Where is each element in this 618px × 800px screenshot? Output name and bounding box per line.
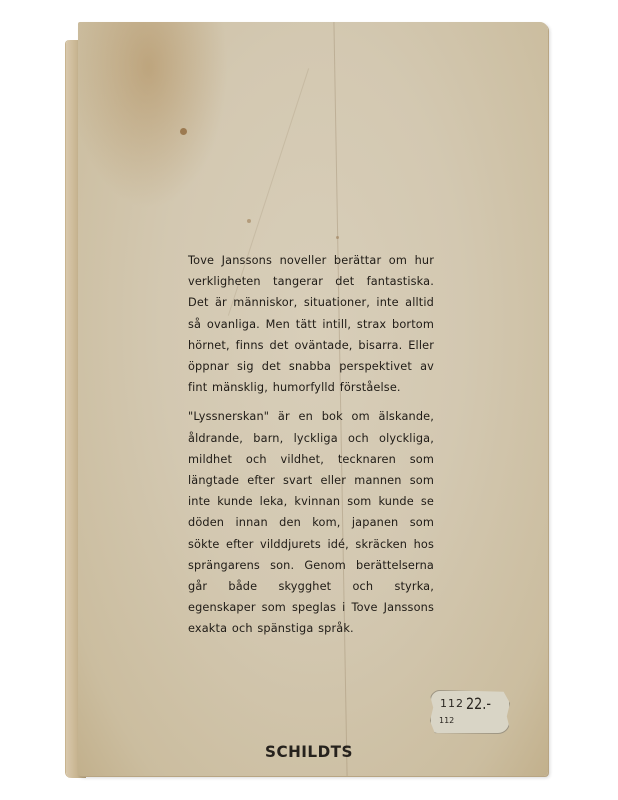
price-sticker: 112 22.- 112	[430, 690, 510, 734]
stain-spot	[180, 128, 187, 135]
price-value: 22.-	[466, 694, 491, 713]
stain-spot	[247, 219, 251, 223]
blurb-paragraph-2: "Lyssnerskan" är en bok om älskande, åld…	[188, 406, 434, 639]
price-sub-code: 112	[439, 716, 454, 725]
blurb-text: Tove Janssons noveller berättar om hur v…	[188, 250, 434, 648]
blurb-paragraph-1: Tove Janssons noveller berättar om hur v…	[188, 250, 434, 398]
publisher-name: SCHILDTS	[15, 742, 602, 761]
price-code: 112	[440, 697, 464, 710]
